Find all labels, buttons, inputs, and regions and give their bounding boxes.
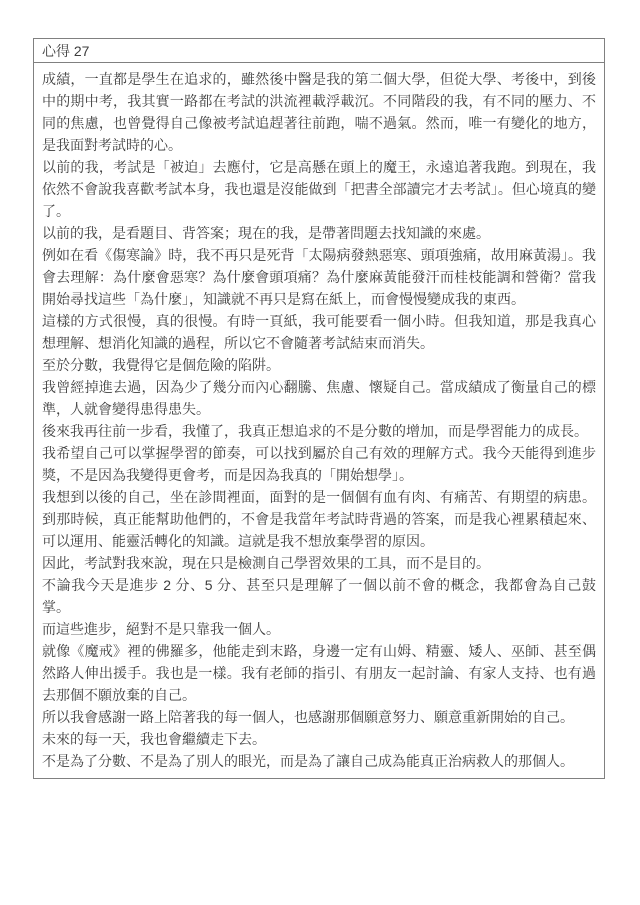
paragraph: 不是為了分數、不是為了別人的眼光，而是為了讓自己成為能真正治病救人的那個人。 bbox=[42, 750, 596, 772]
paragraph: 未來的每一天，我也會繼續走下去。 bbox=[42, 728, 596, 750]
paragraph: 以前的我，是看題目、背答案；現在的我，是帶著問題去找知識的來處。 bbox=[42, 222, 596, 244]
paragraph: 我希望自己可以掌握學習的節奏，可以找到屬於自己有效的理解方式。我今天能得到進步獎… bbox=[42, 442, 596, 486]
paragraph: 我曾經掉進去過，因為少了幾分而內心翻騰、焦慮、懷疑自己。當成績成了衡量自己的標準… bbox=[42, 376, 596, 420]
reflection-table: 心得 27 成績，一直都是學生在追求的，雖然後中醫是我的第二個大學，但從大學、考… bbox=[33, 38, 605, 779]
paragraph: 成績，一直都是學生在追求的，雖然後中醫是我的第二個大學，但從大學、考後中，到後中… bbox=[42, 68, 596, 156]
paragraph: 例如在看《傷寒論》時，我不再只是死背「太陽病發熱惡寒、頭項強痛，故用麻黃湯」。我… bbox=[42, 244, 596, 310]
paragraph: 而這些進步，絕對不是只靠我一個人。 bbox=[42, 618, 596, 640]
paragraph: 以前的我，考試是「被迫」去應付，它是高懸在頭上的魔王，永遠追著我跑。到現在，我依… bbox=[42, 156, 596, 222]
paragraph: 因此，考試對我來說，現在只是檢測自己學習效果的工具，而不是目的。 bbox=[42, 552, 596, 574]
table-body-cell: 成績，一直都是學生在追求的，雖然後中醫是我的第二個大學，但從大學、考後中，到後中… bbox=[34, 63, 604, 778]
table-header-cell: 心得 27 bbox=[34, 39, 604, 63]
document-page: 心得 27 成績，一直都是學生在追求的，雖然後中醫是我的第二個大學，但從大學、考… bbox=[0, 0, 640, 905]
paragraph: 不論我今天是進步 2 分、5 分、甚至只是理解了一個以前不會的概念，我都會為自己… bbox=[42, 574, 596, 618]
paragraph: 就像《魔戒》裡的佛羅多，他能走到末路，身邊一定有山姆、精靈、矮人、巫師、甚至偶然… bbox=[42, 640, 596, 706]
paragraph: 後來我再往前一步看，我懂了，我真正想追求的不是分數的增加，而是學習能力的成長。 bbox=[42, 420, 596, 442]
paragraph: 我想到以後的自己，坐在診間裡面，面對的是一個個有血有肉、有痛苦、有期望的病患。到… bbox=[42, 486, 596, 552]
paragraph: 所以我會感謝一路上陪著我的每一個人，也感謝那個願意努力、願意重新開始的自己。 bbox=[42, 706, 596, 728]
reflection-title: 心得 27 bbox=[42, 43, 89, 59]
paragraph: 這樣的方式很慢，真的很慢。有時一頁紙，我可能要看一個小時。但我知道，那是我真心想… bbox=[42, 310, 596, 354]
paragraph: 至於分數，我覺得它是個危險的陷阱。 bbox=[42, 354, 596, 376]
